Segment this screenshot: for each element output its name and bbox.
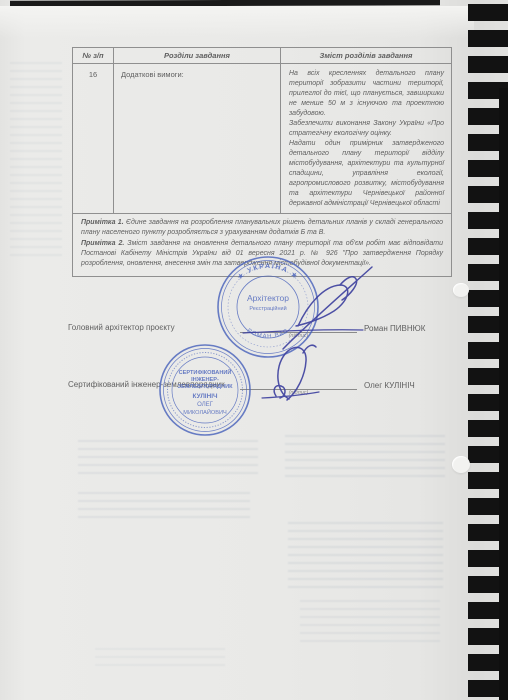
table-row: 16 Додаткові вимоги: На всіх кресленнях …: [73, 64, 451, 213]
bleed-through-text: [78, 440, 258, 476]
stamp-line: МИКОЛАЙОВИЧ: [183, 408, 227, 416]
bleed-through-text: [78, 492, 250, 520]
role-label: Головний архітектор проєкту: [68, 324, 240, 333]
row-number: 16: [73, 64, 114, 212]
header-num: № з/п: [73, 48, 114, 63]
stamp-ring-text: ★ УКРАЇНА ★: [236, 262, 300, 281]
svg-text:★ УКРАЇНА ★: ★ УКРАЇНА ★: [236, 262, 300, 281]
paper-top-highlight: [0, 6, 474, 38]
comb-binding: [468, 0, 508, 700]
note-1-label: Примітка 1.: [81, 219, 124, 226]
bleed-through-text: [300, 600, 440, 642]
stamp-name-arc: РОМАН ВАС: [246, 328, 290, 340]
stamp-line: ІНЖЕНЕР-: [191, 377, 219, 383]
row-content-cell: На всіх кресленнях детального плану тери…: [281, 64, 451, 212]
content-paragraph: На всіх кресленнях детального плану тери…: [289, 69, 444, 119]
content-paragraph: Надати один примірник затвердженого дета…: [289, 139, 444, 209]
embossed-spot: [453, 283, 469, 297]
signature-line: (підпис): [240, 375, 357, 390]
bleed-through-text: [288, 522, 443, 588]
bleed-through-text: [285, 435, 445, 479]
stamp-line: ОЛЕГ: [197, 402, 214, 408]
engineer-stamp: СЕРТИФІКОВАНИЙ ІНЖЕНЕР- ЗЕМЛЕВПОРЯДНИК К…: [157, 342, 253, 438]
note-1-text: Єдине завдання на розроблення планувальн…: [81, 219, 443, 236]
embossed-spot: [452, 456, 470, 473]
note-1: Примітка 1. Єдине завдання на розробленн…: [81, 218, 443, 238]
signature-caption: (підпис): [240, 390, 357, 396]
stamp-title: Архітектор: [247, 293, 289, 303]
content-paragraph: Забезпечити виконання Закону України «Пр…: [289, 119, 444, 139]
task-table: № з/п Розділи завдання Зміст розділів за…: [72, 47, 452, 277]
note-2-label: Примітка 2.: [81, 240, 124, 247]
binding-spine: [499, 88, 508, 700]
stamp-line: СЕРТИФІКОВАНИЙ: [179, 368, 232, 376]
table-header-row: № з/п Розділи завдання Зміст розділів за…: [73, 48, 451, 64]
svg-text:РОМАН ВАС: РОМАН ВАС: [246, 328, 290, 340]
signer-name: Олег КУЛІНІЧ: [364, 381, 415, 390]
header-sections: Розділи завдання: [114, 48, 281, 63]
stamp-line: ЗЕМЛЕВПОРЯДНИК: [177, 384, 233, 390]
signer-name: Роман ПИВНЮК: [364, 324, 425, 333]
header-content: Зміст розділів завдання: [281, 48, 451, 63]
bleed-through-text: [95, 648, 225, 668]
row-section-title: Додаткові вимоги:: [114, 64, 281, 212]
scanned-document-page: № з/п Розділи завдання Зміст розділів за…: [0, 0, 508, 700]
stamp-subtitle: Реєстраційний: [249, 305, 286, 312]
stamp-line: КУЛІНІЧ: [193, 393, 218, 400]
bleed-through-text: [10, 62, 62, 257]
